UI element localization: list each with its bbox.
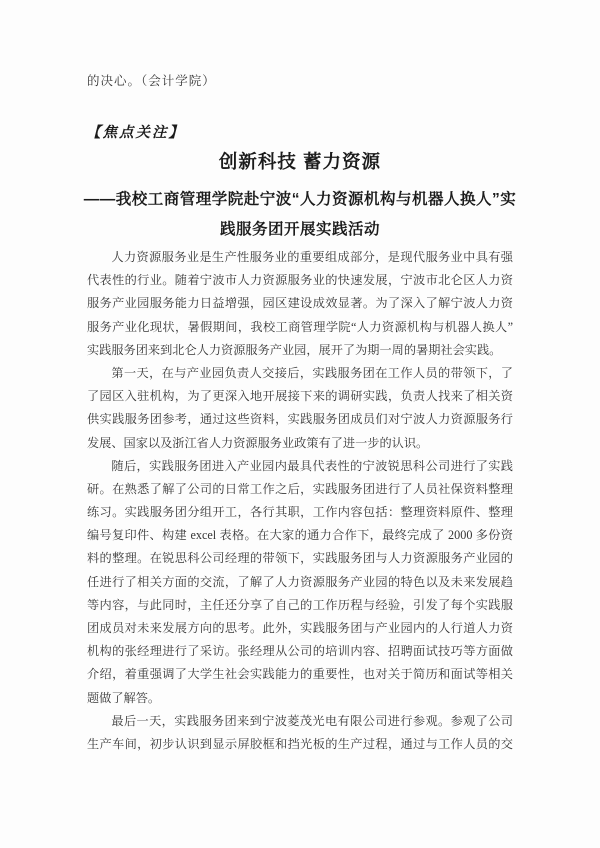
body-text-line: 练习。实践服务团分组开工，各行其职，工作内容包括：整理资料原件、整理及: [87, 501, 513, 524]
body-text-line: 随后，实践服务团进入产业园内最具代表性的宁波锐思科公司进行了实践调: [87, 455, 513, 478]
article-subtitle-line: 践服务团开展实践活动: [0, 215, 600, 245]
body-text-line: 编号复印件、构建 excel 表格。在大家的通力合作下，最终完成了 2000 多…: [87, 524, 513, 547]
body-text-line: 服务产业化现状，暑假期间，我校工商管理学院“人力资源机构与机器人换人”: [87, 316, 513, 339]
body-text-line: 第一天，在与产业园负责人交接后，实践服务团在工作人员的带领下，了解: [87, 362, 513, 385]
body-text-line: 研。在熟悉了解了公司的日常工作之后，实践服务团进行了人员社保资料整理的: [87, 478, 513, 501]
body-text-line: 供实践服务团参考，通过这些资料，实践服务团成员们对宁波人力资源服务行业: [87, 408, 513, 431]
body-text-line: 最后一天，实践服务团来到宁波菱茂光电有限公司进行参观。参观了公司的: [87, 710, 513, 733]
body-paragraph: 随后，实践服务团进入产业园内最具代表性的宁波锐思科公司进行了实践调研。在熟悉了解…: [87, 455, 513, 710]
leading-paragraph-line: 的决心。（会计学院）: [87, 72, 216, 90]
body-text-line: 了园区入驻机构，为了更深入地开展接下来的调研实践，负责人找来了相关资料: [87, 385, 513, 408]
article-subtitle: ——我校工商管理学院赴宁波“人力资源机构与机器人换人”实践服务团开展实践活动: [0, 185, 600, 245]
body-text-line: 实践服务团来到北仑人力资源服务产业园，展开了为期一周的暑期社会实践。: [87, 339, 513, 362]
body-paragraph: 人力资源服务业是生产性服务业的重要组成部分，是现代服务业中具有强烈代表性的行业。…: [87, 246, 513, 362]
article-title: 创新科技 蓄力资源: [0, 149, 600, 175]
body-paragraph: 第一天，在与产业园负责人交接后，实践服务团在工作人员的带领下，了解了园区入驻机构…: [87, 362, 513, 455]
body-text-line: 代表性的行业。随着宁波市人力资源服务业的快速发展，宁波市北仑区人力资源: [87, 269, 513, 292]
body-text-line: 团成员对未来发展方向的思考。此外，实践服务团与产业园内的人行道人力资源: [87, 617, 513, 640]
body-text-line: 任进行了相关方面的交流，了解了人力资源服务产业园的特色以及未来发展趋势: [87, 571, 513, 594]
body-paragraph: 最后一天，实践服务团来到宁波菱茂光电有限公司进行参观。参观了公司的生产车间，初步…: [87, 710, 513, 756]
body-text-line: 等内容，与此同时，主任还分享了自己的工作历程与经验，引发了每个实践服务: [87, 594, 513, 617]
body-text-line: 料的整理。在锐思科公司经理的带领下，实践服务团与人力资源服务产业园的主: [87, 547, 513, 570]
document-page: 的决心。（会计学院） 【焦点关注】 创新科技 蓄力资源 ——我校工商管理学院赴宁…: [0, 0, 600, 848]
article-body: 人力资源服务业是生产性服务业的重要组成部分，是现代服务业中具有强烈代表性的行业。…: [87, 246, 513, 756]
section-marker: 【焦点关注】: [86, 123, 185, 143]
body-text-line: 服务产业园服务能力日益增强，园区建设成效显著。为了深入了解宁波人力资源: [87, 292, 513, 315]
body-text-line: 题做了解答。: [87, 687, 513, 710]
article-subtitle-line: ——我校工商管理学院赴宁波“人力资源机构与机器人换人”实: [0, 185, 600, 215]
body-text-line: 介绍，着重强调了大学生社会实践能力的重要性，也对关于简历和面试等相关问: [87, 663, 513, 686]
body-text-line: 人力资源服务业是生产性服务业的重要组成部分，是现代服务业中具有强烈: [87, 246, 513, 269]
body-text-line: 生产车间，初步认识到显示屏胶框和挡光板的生产过程，通过与工作人员的交流: [87, 733, 513, 756]
body-text-line: 机构的张经理进行了采访。张经理从公司的培训内容、招聘面试技巧等方面做了: [87, 640, 513, 663]
body-text-line: 发展、国家以及浙江省人力资源服务业政策有了进一步的认识。: [87, 432, 513, 455]
